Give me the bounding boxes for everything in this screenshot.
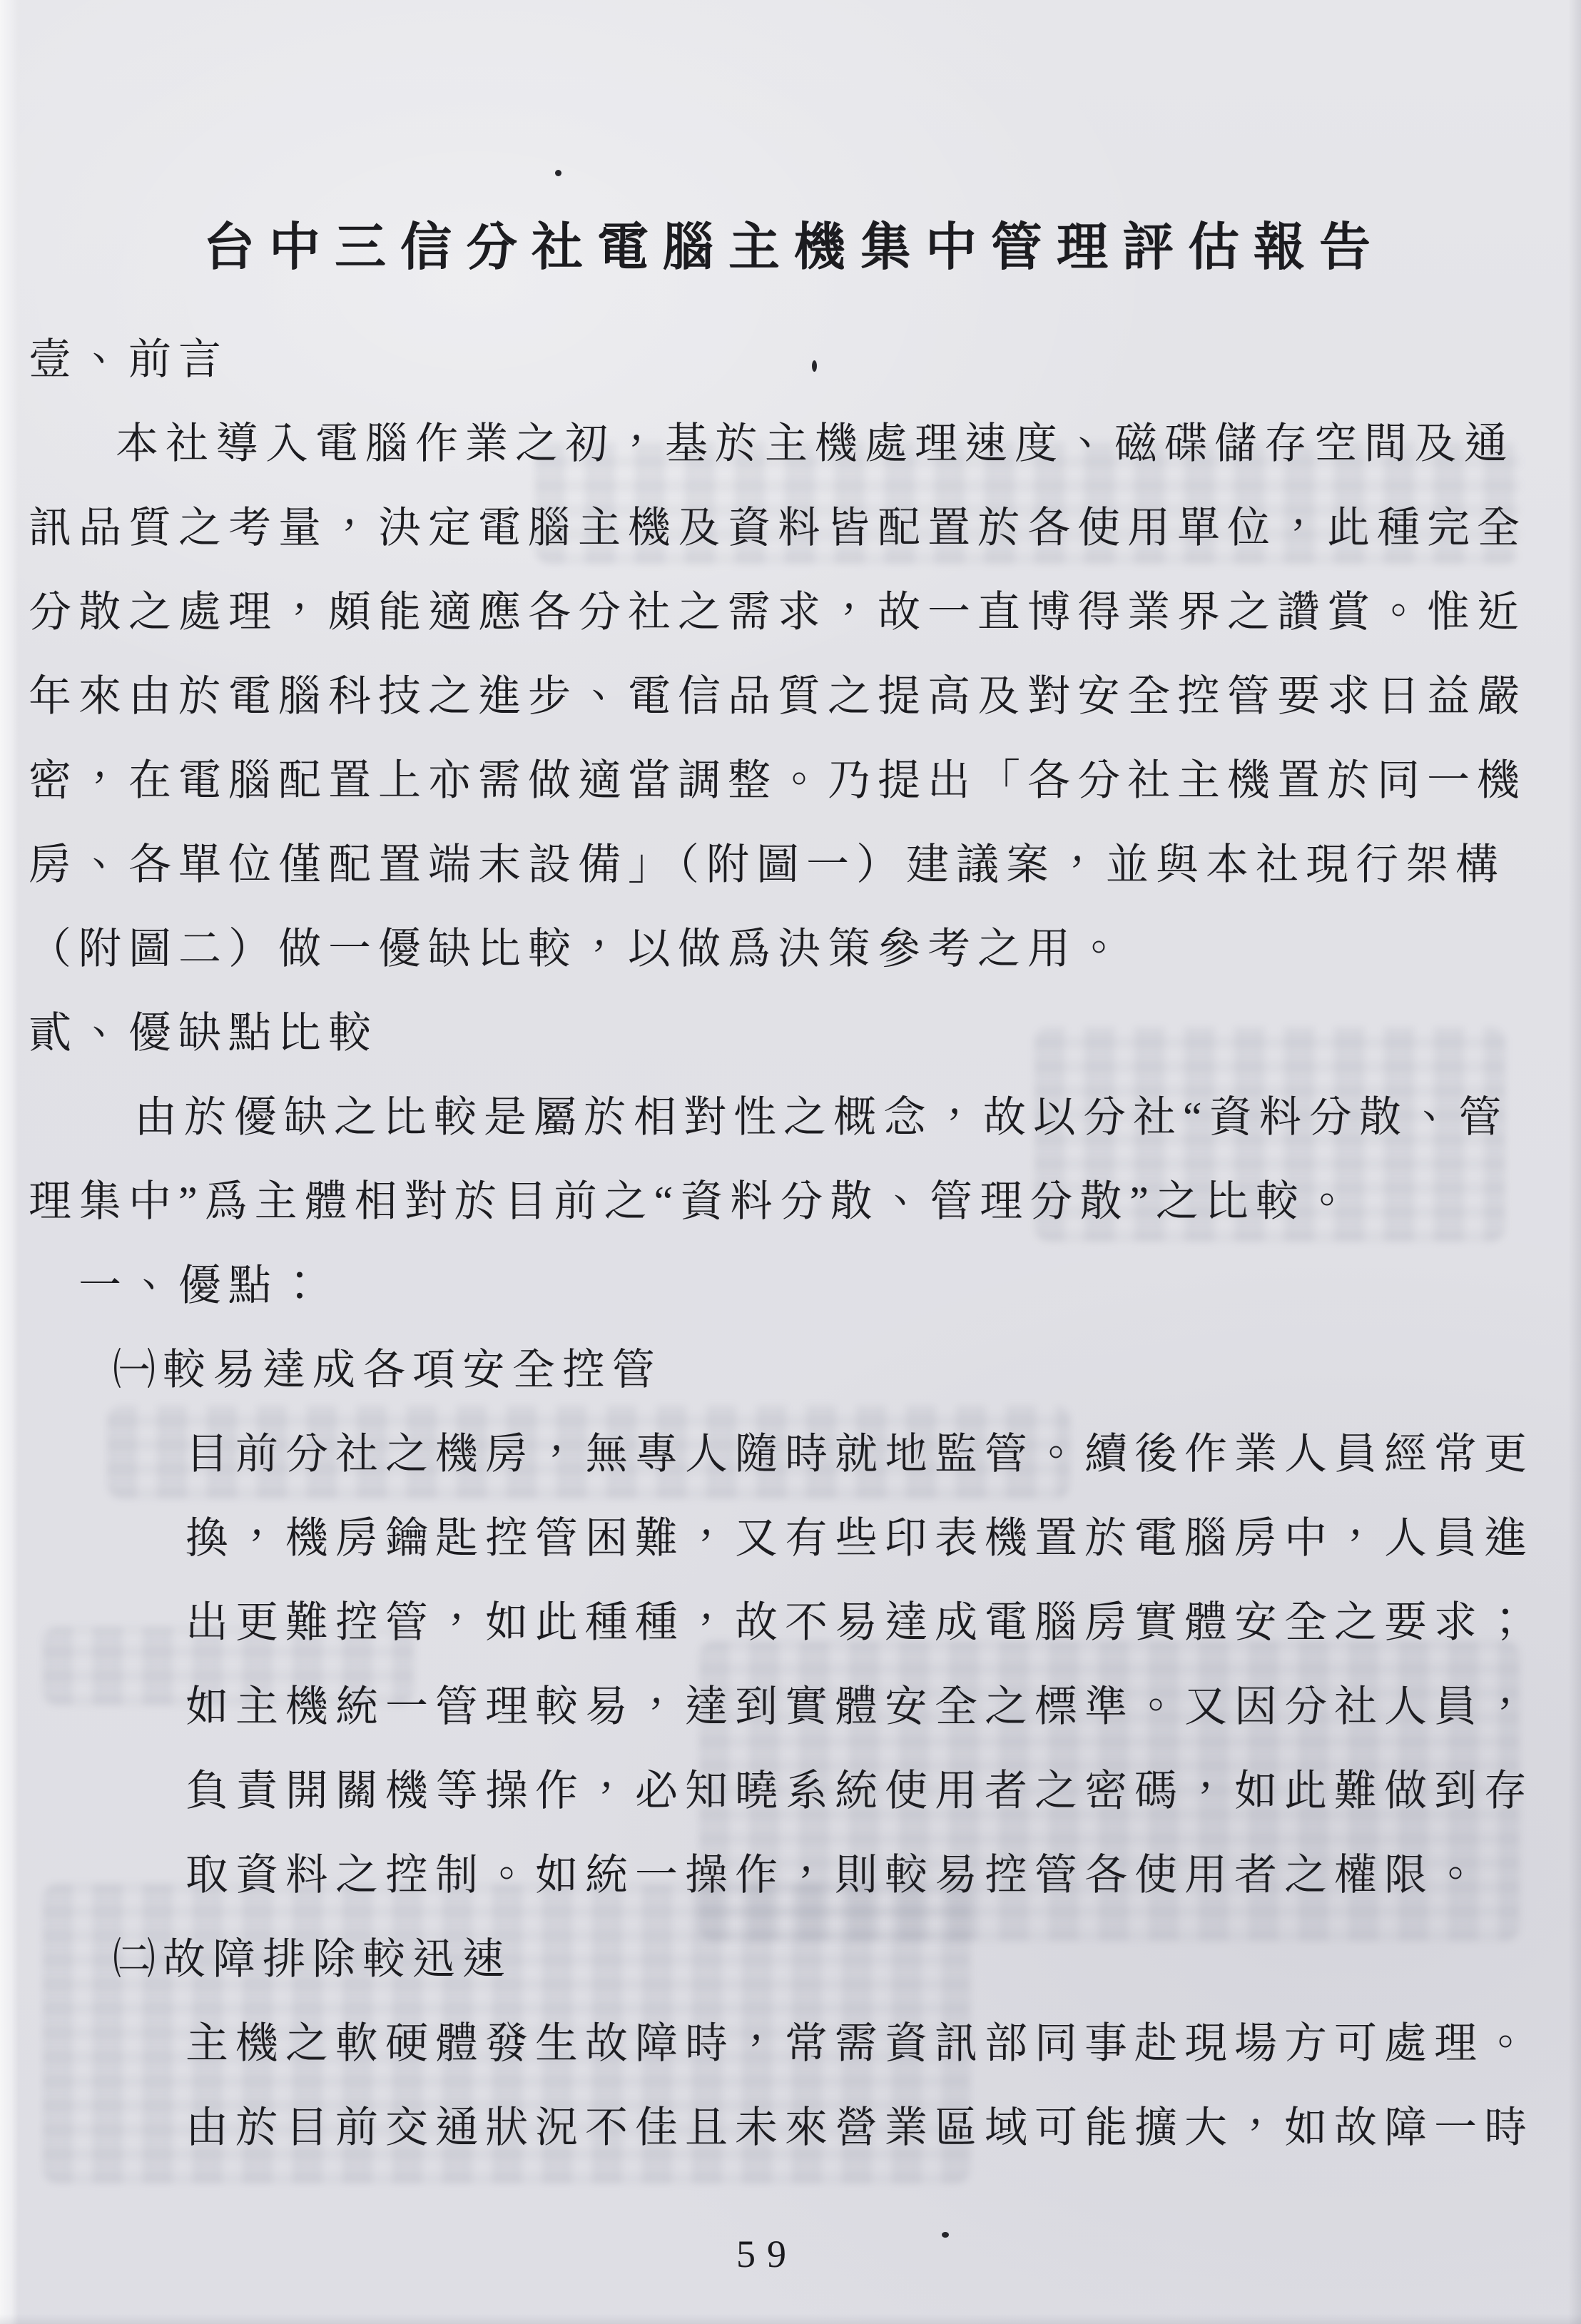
scan-edge-left xyxy=(0,0,19,2324)
page-number: 59 xyxy=(0,2232,1581,2276)
text-line: 訊品質之考量，決定電腦主機及資料皆配置於各使用單位，此種完全 xyxy=(29,486,1560,570)
text-line: 分散之處理，頗能適應各分社之需求，故一直博得業界之讚賞。惟近 xyxy=(29,570,1560,654)
item-heading-line: ㈡故障排除較迅速 xyxy=(29,1917,1560,2001)
text-line: 由於目前交通狀況不佳且未來營業區域可能擴大，如故障一時 xyxy=(29,2086,1560,2170)
text-line: 出更難控管，如此種種，故不易達成電腦房實體安全之要求； xyxy=(29,1580,1560,1665)
sub-heading-line: 一、優點： xyxy=(29,1244,1560,1328)
scan-edge-bottom xyxy=(0,2314,1581,2324)
text-line: 理集中”爲主體相對於目前之“資料分散、管理分散”之比較。 xyxy=(29,1160,1560,1244)
text-line: 換，機房鑰匙控管困難，又有些印表機置於電腦房中，人員進 xyxy=(29,1496,1560,1580)
text-line: 年來由於電腦科技之進步、電信品質之提高及對安全控管要求日益嚴 xyxy=(29,654,1560,739)
document-title: 台中三信分社電腦主機集中管理評估報告 xyxy=(29,208,1560,318)
text-line: 負責開關機等操作，必知曉系統使用者之密碼，如此難做到存 xyxy=(29,1749,1560,1833)
scanned-document-page: 台中三信分社電腦主機集中管理評估報告 壹、前言 本社導入電腦作業之初，基於主機處… xyxy=(0,0,1581,2324)
text-line: 密，在電腦配置上亦需做適當調整。乃提出「各分社主機置於同一機 xyxy=(29,739,1560,823)
text-line: 由於優缺之比較是屬於相對性之概念，故以分社“資料分散、管 xyxy=(29,1075,1560,1160)
text-line: 本社導入電腦作業之初，基於主機處理速度、磁碟儲存空間及通 xyxy=(29,402,1560,486)
section-heading-line: 貳、優缺點比較 xyxy=(29,991,1560,1075)
document-body: 台中三信分社電腦主機集中管理評估報告 壹、前言 本社導入電腦作業之初，基於主機處… xyxy=(29,208,1560,2170)
text-line: （附圖二）做一優缺比較，以做爲決策參考之用。 xyxy=(29,907,1560,991)
text-line: 主機之軟硬體發生故障時，常需資訊部同事赴現場方可處理。 xyxy=(29,2001,1560,2086)
scan-edge-right xyxy=(1568,0,1581,2324)
text-line: 房、各單位僅配置端末設備」（附圖一）建議案，並與本社現行架構 xyxy=(29,823,1560,907)
ink-speck xyxy=(555,170,561,176)
text-line: 目前分社之機房，無專人隨時就地監管。續後作業人員經常更 xyxy=(29,1412,1560,1496)
item-heading-line: ㈠較易達成各項安全控管 xyxy=(29,1328,1560,1412)
section-heading-line: 壹、前言 xyxy=(29,318,1560,402)
text-line: 取資料之控制。如統一操作，則較易控管各使用者之權限。 xyxy=(29,1833,1560,1917)
text-line: 如主機統一管理較易，達到實體安全之標準。又因分社人員， xyxy=(29,1665,1560,1749)
